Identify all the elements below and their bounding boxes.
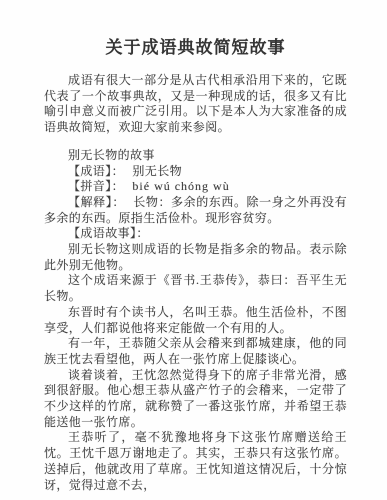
document-title: 关于成语典故简短故事 <box>44 36 347 60</box>
entry-idiom-value: 别无长物 <box>132 164 182 178</box>
entry-story-label-text: 【成语故事】： <box>68 226 149 240</box>
entry-explanation: 【解释】：长物：多余的东西。除一身之外再没有多余的东西。原指生活俭朴。现形容贫穷… <box>44 195 347 226</box>
story-paragraph-1: 别无长物这则成语的长物是指多余的物品。表示除此外别无他物。 <box>44 242 347 273</box>
story-heading: 别无长物的故事 <box>44 148 347 164</box>
entry-idiom: 【成语】：别无长物 <box>44 164 347 180</box>
entry-pinyin: 【拼音】：bié wú chóng wù <box>44 179 347 195</box>
entry-explanation-label: 【解释】： <box>68 195 125 209</box>
story-paragraph-5: 谈着谈着，王忱忽然觉得身下的席子非常光滑，感到很舒服。他心想王恭从盛产竹子的会稽… <box>44 368 347 431</box>
document-body: 成语有很大一部分是从古代相承沿用下来的，它既代表了一个故事典故，又是一种现成的话… <box>44 73 347 493</box>
intro-paragraph: 成语有很大一部分是从古代相承沿用下来的，它既代表了一个故事典故，又是一种现成的话… <box>44 73 347 136</box>
entry-pinyin-value: bié wú chóng wù <box>132 179 229 193</box>
entry-idiom-label: 【成语】： <box>68 164 124 178</box>
story-paragraph-4: 有一年，王恭随父亲从会稽来到都城建康，他的同族王忱去看望他，两人在一张竹席上促膝… <box>44 336 347 367</box>
document-page: 关于成语典故简短故事 成语有很大一部分是从古代相承沿用下来的，它既代表了一个故事… <box>0 0 387 500</box>
story-paragraph-2: 这个成语来源于《晋书.王恭传》，恭曰：吾平生无长物。 <box>44 273 347 304</box>
story-paragraph-3: 东晋时有个读书人，名叫王恭。他生活俭朴，不图享受，人们都说他将来定能做一个有用的… <box>44 305 347 336</box>
entry-pinyin-label: 【拼音】： <box>68 179 124 193</box>
story-paragraph-6: 王恭听了，毫不犹豫地将身下这张竹席赠送给王忱。王忱千恩万谢地走了。其实，王恭只有… <box>44 430 347 493</box>
entry-story-label: 【成语故事】： <box>44 226 347 242</box>
